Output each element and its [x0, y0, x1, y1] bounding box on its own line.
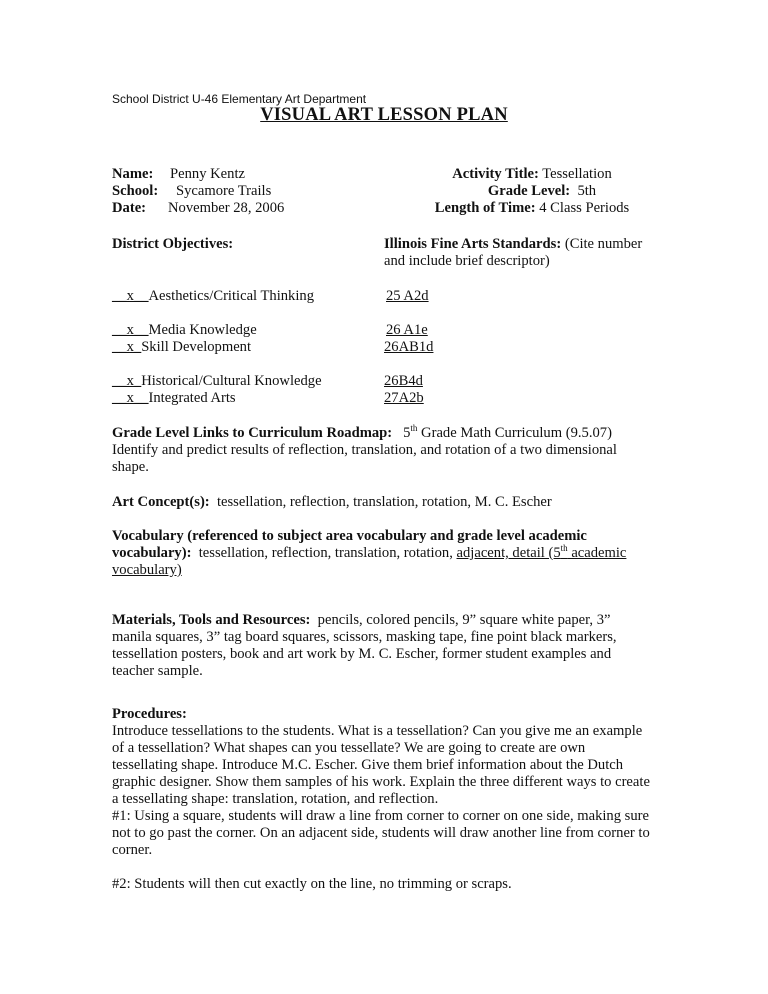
objectives-list: __x__Aesthetics/Critical Thinking __x__M… [112, 288, 322, 407]
grade-level-row: Grade Level: 5th [420, 183, 644, 200]
date-row: Date: November 28, 2006 [112, 200, 284, 217]
date-label: Date: [112, 200, 168, 217]
vocabulary: Vocabulary (referenced to subject area v… [112, 528, 652, 579]
standard-item: 25 A2d [384, 288, 433, 305]
activity-info: Activity Title: Tessellation Grade Level… [420, 166, 644, 217]
teacher-info: Name: Penny Kentz School: Sycamore Trail… [112, 166, 284, 217]
objective-item: __x_Historical/Cultural Knowledge [112, 373, 322, 390]
activity-title-label: Activity Title: [452, 166, 539, 182]
activity-title-row: Activity Title: Tessellation [420, 166, 644, 183]
page-title: VISUAL ART LESSON PLAN [0, 105, 768, 126]
objective-label: Skill Development [141, 339, 251, 355]
fine-arts-standards-heading: Illinois Fine Arts Standards: (Cite numb… [384, 236, 664, 270]
standard-item: 26AB1d [384, 339, 433, 356]
school-label: School: [112, 183, 176, 200]
objective-check: __x__ [112, 390, 148, 406]
name-value: Penny Kentz [170, 166, 245, 183]
vocabulary-academic-sup: th [561, 543, 568, 553]
art-concepts-label: Art Concept(s): [112, 494, 210, 510]
procedures: Procedures: Introduce tessellations to t… [112, 706, 652, 893]
materials: Materials, Tools and Resources: pencils,… [112, 612, 652, 680]
procedure-step-2: #2: Students will then cut exactly on th… [112, 876, 652, 893]
district-objectives-heading: District Objectives: [112, 236, 233, 253]
objective-item: __x__Media Knowledge [112, 322, 322, 339]
curriculum-description: Identify and predict results of reflecti… [112, 442, 617, 475]
objective-item: __x_Skill Development [112, 339, 322, 356]
curriculum-value: Grade Math Curriculum (9.5.07) [421, 425, 612, 441]
name-label: Name: [112, 166, 170, 183]
vocabulary-value: tessellation, reflection, translation, r… [199, 545, 453, 561]
objective-label: Integrated Arts [148, 390, 235, 406]
objective-item: __x__Integrated Arts [112, 390, 322, 407]
length-value: 4 Class Periods [539, 200, 629, 216]
art-concepts: Art Concept(s): tessellation, reflection… [112, 494, 652, 511]
materials-label: Materials, Tools and Resources: [112, 612, 310, 628]
school-value: Sycamore Trails [176, 183, 271, 200]
objective-label: Media Knowledge [148, 322, 256, 338]
procedure-step-1: #1: Using a square, students will draw a… [112, 808, 652, 859]
procedures-intro: Introduce tessellations to the students.… [112, 723, 652, 808]
objective-check: __x_ [112, 373, 141, 389]
length-label: Length of Time: [435, 200, 536, 216]
standard-item: 26 A1e [384, 322, 433, 339]
curriculum-grade-sup: th [410, 423, 417, 433]
length-row: Length of Time: 4 Class Periods [420, 200, 644, 217]
name-row: Name: Penny Kentz [112, 166, 284, 183]
art-concepts-value: tessellation, reflection, translation, r… [217, 494, 552, 510]
activity-title-value: Tessellation [542, 166, 612, 182]
date-value: November 28, 2006 [168, 200, 284, 217]
department-header: School District U-46 Elementary Art Depa… [112, 92, 366, 106]
grade-level-label: Grade Level: [488, 183, 570, 199]
standards-list: 25 A2d 26 A1e 26AB1d 26B4d 27A2b [384, 288, 433, 407]
vocabulary-academic-text: adjacent, detail (5 [457, 545, 561, 561]
procedures-label: Procedures: [112, 706, 187, 722]
curriculum-links: Grade Level Links to Curriculum Roadmap:… [112, 425, 652, 476]
curriculum-label: Grade Level Links to Curriculum Roadmap: [112, 425, 392, 441]
standards-heading-label: Illinois Fine Arts Standards: [384, 236, 561, 252]
objective-item: __x__Aesthetics/Critical Thinking [112, 288, 322, 305]
objective-check: __x_ [112, 339, 141, 355]
objective-label: Aesthetics/Critical Thinking [148, 288, 314, 304]
standard-item: 27A2b [384, 390, 433, 407]
lesson-plan-page: School District U-46 Elementary Art Depa… [0, 0, 768, 994]
standard-item: 26B4d [384, 373, 433, 390]
objective-label: Historical/Cultural Knowledge [141, 373, 321, 389]
grade-level-value: 5th [577, 183, 596, 199]
objective-check: __x__ [112, 288, 148, 304]
objective-check: __x__ [112, 322, 148, 338]
school-row: School: Sycamore Trails [112, 183, 284, 200]
